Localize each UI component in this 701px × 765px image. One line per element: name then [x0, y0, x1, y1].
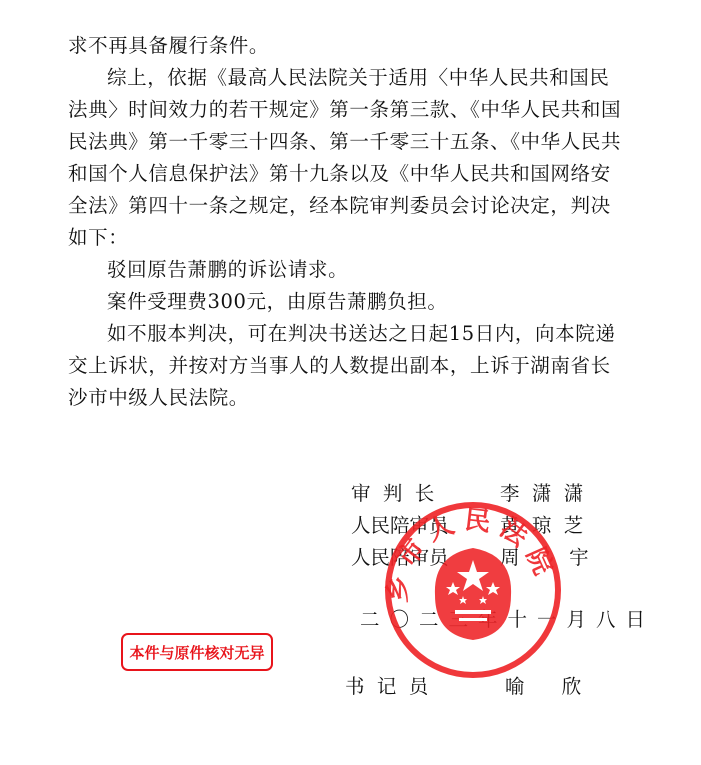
appeal-line: 交上诉状，并按对方当事人的人数提出副本，上诉于湖南省长: [68, 350, 611, 378]
certification-stamp: 本件与原件核对无异: [121, 633, 273, 671]
appeal-line: 沙市中级人民法院。: [68, 382, 249, 410]
certification-stamp-text: 本件与原件核对无异: [129, 642, 264, 663]
text-line: 民法典》第一千零三十四条、第一千零三十五条、《中华人民共: [68, 126, 621, 154]
text-line: 全法》第四十一条之规定，经本院审判委员会讨论决定，判决: [68, 190, 611, 218]
text-line: 和国个人信息保护法》第十九条以及《中华人民共和国网络安: [68, 158, 611, 186]
text-line: 求不再具备履行条件。: [68, 30, 269, 58]
appeal-line: 如不服本判决，可在判决书送达之日起15日内，向本院递: [107, 318, 615, 346]
fee-line: 案件受理费300元，由原告萧鹏负担。: [107, 286, 448, 314]
court-seal-icon: 乡市人民法院: [383, 500, 563, 680]
text-line: 法典〉时间效力的若干规定》第一条第三款、《中华人民共和国: [68, 94, 621, 122]
verdict-line: 驳回原告萧鹏的诉讼请求。: [107, 254, 348, 282]
text-line: 如下：: [68, 222, 128, 250]
text-line: 综上，依据《最高人民法院关于适用〈中华人民共和国民: [107, 62, 610, 90]
